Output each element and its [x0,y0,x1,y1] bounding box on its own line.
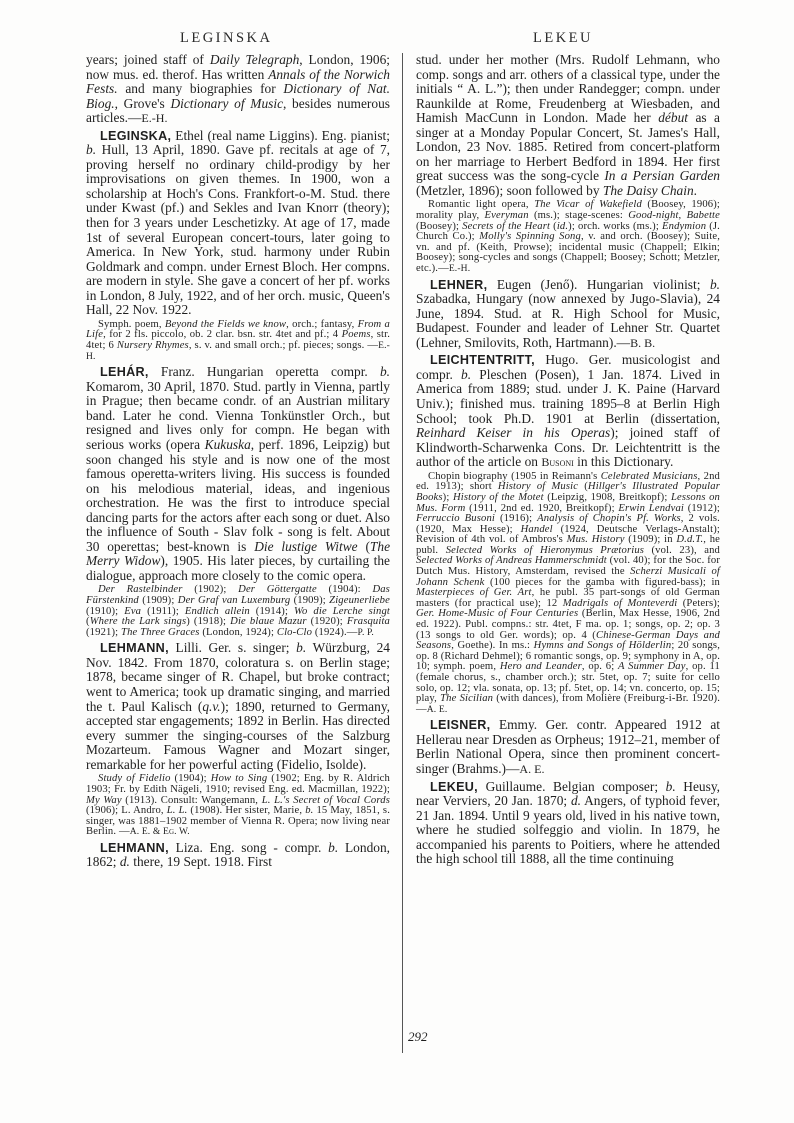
page-number: 292 [408,1029,428,1045]
entry-body: Hugo. Ger. musicologist and compr. b. Pl… [416,352,720,469]
continued-text: years; joined staff of Daily Telegraph, … [86,53,390,126]
entry-headword: LEISNER, [430,718,490,732]
dictionary-entry: LEKEU, Guillaume. Belgian composer; b. H… [416,780,720,867]
entry-body: Ethel (real name Liggins). Eng. pianist;… [86,128,390,318]
dictionary-entry: LEICHTENTRITT, Hugo. Ger. musicologist a… [416,353,720,469]
right-column: stud. under her mother (Mrs. Rudolf Lehm… [416,53,720,867]
works-list: Study of Fidelio (1904); How to Sing (19… [86,774,390,838]
left-column: years; joined staff of Daily Telegraph, … [86,53,390,870]
entry-body: Lilli. Ger. s. singer; b. Würzburg, 24 N… [86,640,390,771]
running-head-left: LEGINSKA [180,30,273,47]
works-list: Romantic light opera, The Vicar of Wakef… [416,200,720,274]
running-head-right: LEKEU [533,30,593,47]
dictionary-entry: LEHMANN, Liza. Eng. song - compr. b. Lon… [86,841,390,870]
works-list: Symph. poem, Beyond the Fields we know, … [86,320,390,362]
column-divider [402,53,403,1053]
entry-body: Franz. Hungarian operetta compr. b. Koma… [86,364,390,583]
entry-headword: LEKEU, [430,780,478,794]
entry-headword: LEHNER, [430,278,487,292]
dictionary-entry: LEGINSKA, Ethel (real name Liggins). Eng… [86,129,390,318]
entry-headword: LEHMANN, [100,641,169,655]
works-list: Der Rastelbinder (1902); Der Göttergatte… [86,585,390,638]
entry-headword: LEICHTENTRITT, [430,353,535,367]
dictionary-entry: LEISNER, Emmy. Ger. contr. Appeared 1912… [416,718,720,776]
entry-headword: LEHMANN, [100,841,169,855]
dictionary-entry: LEHÁR, Franz. Hungarian operetta compr. … [86,365,390,583]
dictionary-entry: LEHMANN, Lilli. Ger. s. singer; b. Würzb… [86,641,390,772]
entry-headword: LEGINSKA, [100,129,171,143]
entry-headword: LEHÁR, [100,365,149,379]
works-list: Chopin biography (1905 in Reimann's Cele… [416,472,720,716]
continued-text: stud. under her mother (Mrs. Rudolf Lehm… [416,53,720,198]
dictionary-entry: LEHNER, Eugen (Jenő). Hungarian violinis… [416,278,720,351]
